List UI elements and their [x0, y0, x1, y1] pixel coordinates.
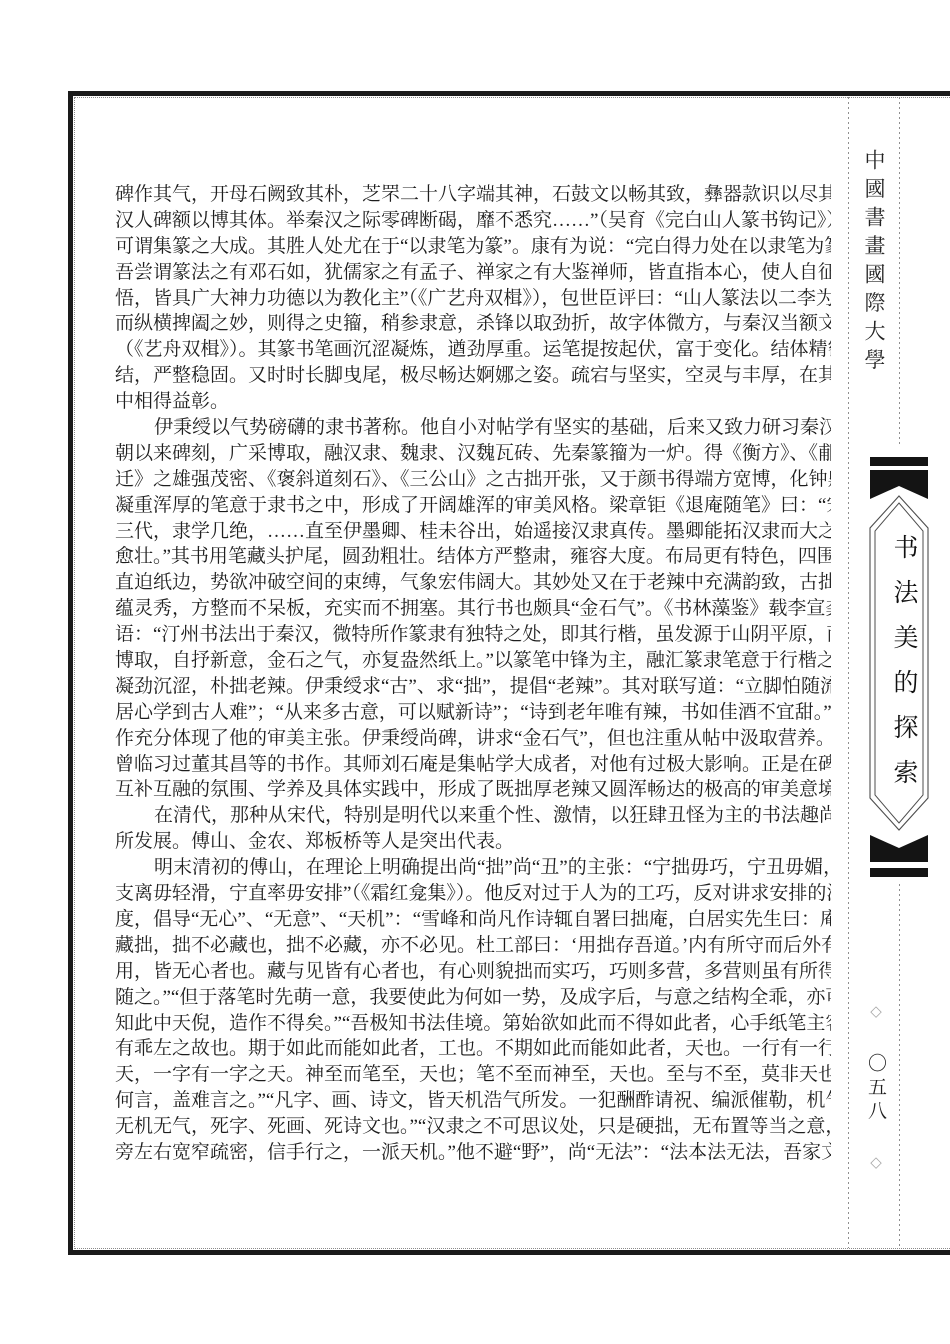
body-text-line: 迁》之雄强茂密、《褒斜道刻石》、《三公山》之古拙开张，又于颜书得端方宽博，化钟鼎… — [115, 467, 831, 493]
bottom-bar-icon — [870, 868, 928, 877]
body-text: 碑作其气，开母石阙致其朴，芝罘二十八字端其神，石鼓文以畅其致，彝器款识以尽其变，… — [115, 182, 831, 1166]
body-text-line: （《艺舟双楫》）。其篆书笔画沉涩凝炼，遒劲厚重。运笔提按起伏，富于变化。结体精密… — [115, 337, 831, 363]
diamond-ornament-icon: ◇ — [867, 1002, 883, 1025]
top-bar-icon — [870, 457, 928, 466]
body-text-line: 愈壮。”其书用笔藏头护尾，圆劲粗壮。结体方严整肃，雍容大度。布局更有特色，四围充… — [115, 544, 831, 570]
sidebar-divider-right-lower — [899, 884, 900, 1248]
body-text-line: 无机无气，死字、死画、死诗文也。”“汉隶之不可思议处，只是硬拙，无布置等当之意，… — [115, 1114, 831, 1140]
body-text-line: 藏拙，拙不必藏也，拙不必藏，亦不必见。杜工部曰：‘用拙存吾道。’内有所守而后外有… — [115, 933, 831, 959]
page-number-value: 〇五八 — [865, 1053, 886, 1125]
body-text-line: 朝以来碑刻，广采博取，融汉隶、魏隶、汉魏瓦砖、先秦篆籀为一炉。得《衡方》、《郙阁… — [115, 441, 831, 467]
body-text-line: 凝劲沉涩，朴拙老辣。伊秉绶求“古”、求“拙”，提倡“老辣”。其对联写道：“立脚怕… — [115, 674, 831, 700]
body-text-line: 悟，皆具广大神力功德以为教化主”（《广艺舟双楫》），包世臣评曰：“山人篆法以二李… — [115, 286, 831, 312]
body-text-line: 有乖左之故也。期于如此而能如此者，工也。不期如此而能如此者，天也。一行有一行之 — [115, 1036, 831, 1062]
ribbon-bottom-icon — [870, 835, 928, 862]
body-text-line: 蕴灵秀，方整而不呆板，充实而不拥塞。其行书也颇具“金石气”。《书林藻鉴》载李宣龚… — [115, 596, 831, 622]
body-text-line: 随之。”“但于落笔时先萌一意，我要使此为何如一势，及成字后，与意之结构全乖，亦可… — [115, 985, 831, 1011]
diamond-ornament-icon: ◇ — [867, 1153, 883, 1176]
body-text-line: 结，严整稳固。又时时长脚曳尾，极尽畅达婀娜之姿。疏宕与坚实，空灵与丰厚，在其书作 — [115, 363, 831, 389]
body-text-line: 博取，自抒新意，金石之气，亦复盎然纸上。”以篆笔中锋为主，融汇篆隶笔意于行楷之中… — [115, 648, 831, 674]
body-text-line: 三代，隶学几绝，……直至伊墨卿、桂未谷出，始遥接汉隶真传。墨卿能拓汉隶而大之，愈… — [115, 519, 831, 545]
body-text-line: 语：“汀州书法出于秦汉，微特所作篆隶有独特之处，即其行楷，虽发源于山阴平原，而兼… — [115, 622, 831, 648]
book-title: 书法美的探索 — [885, 534, 921, 804]
body-text-line: 凝重浑厚的笔意于隶书之中，形成了开阔雄浑的审美风格。梁章钜《退庵随笔》曰：“宋元… — [115, 493, 831, 519]
body-text-line: 直迫纸边，势欲冲破空间的束缚，气象宏伟阔大。其妙处又在于老辣中充满韵致，古拙中含 — [115, 570, 831, 596]
body-text-line: 碑作其气，开母石阙致其朴，芝罘二十八字端其神，石鼓文以畅其致，彝器款识以尽其变， — [115, 182, 831, 208]
body-text-line: 用，皆无心者也。藏与见皆有心者也，有心则貌拙而实巧，巧则多营，多营则虽有所得，而… — [115, 959, 831, 985]
body-text-line: 明末清初的傅山，在理论上明确提出尚“拙”尚“丑”的主张：“宁拙毋巧，宁丑毋媚，宁 — [115, 855, 831, 881]
body-text-line: 天，一字有一字之天。神至而笔至，天也；笔不至而神至，天也。至与不至，莫非天也，吾… — [115, 1062, 831, 1088]
sidebar-divider-left — [848, 97, 849, 1248]
body-text-line: 吾尝谓篆法之有邓石如，犹儒家之有孟子、禅家之有大鉴禅师，皆直指本心，使人自征自 — [115, 260, 831, 286]
body-text-line: 中相得益彰。 — [115, 389, 831, 415]
body-text-line: 互补互融的氛围、学养及具体实践中，形成了既拙厚老辣又圆浑畅达的极高的审美意境。 — [115, 777, 831, 803]
body-text-line: 居心学到古人难”；“从来多古意，可以赋新诗”；“诗到老年唯有辣，书如佳酒不宜甜。… — [115, 700, 831, 726]
body-text-line: 度，倡导“无心”、“无意”、“天机”：“雪峰和尚凡作诗辄自署曰拙庵，白居实先生曰… — [115, 907, 831, 933]
body-text-line: 何言，盖难言之。”“凡字、画、诗文，皆天机浩气所发。一犯酬酢请祝、编派催勒，机气… — [115, 1088, 831, 1114]
sidebar-divider-right-upper — [899, 97, 900, 447]
page-number: ◇ 〇五八 ◇ — [862, 1002, 889, 1176]
body-text-line: 伊秉绶以气势磅礴的隶书著称。他自小对帖学有坚实的基础，后来又致力研习秦汉六 — [115, 415, 831, 441]
body-text-line: 在清代，那种从宋代，特别是明代以来重个性、激情，以狂肆丑怪为主的书法趣尚也有 — [115, 803, 831, 829]
body-text-line: 可谓集篆之大成。其胜人处尤在于“以隶笔为篆”。康有为说：“完白得力处在以隶笔为篆… — [115, 234, 831, 260]
body-text-line: 所发展。傅山、金农、郑板桥等人是突出代表。 — [115, 829, 831, 855]
body-text-line: 汉人碑额以博其体。举秦汉之际零碑断碣，靡不悉究……”（吴育《完白山人篆书钩记》）… — [115, 208, 831, 234]
body-text-line: 而纵横捭阖之妙，则得之史籀，稍参隶意，杀锋以取劲折，故字体微方，与秦汉当额文为近… — [115, 311, 831, 337]
body-text-line: 旁左右宽窄疏密，信手行之，一派天机。”他不避“野”，尚“无法”：“法本法无法，吾… — [115, 1140, 831, 1166]
body-text-line: 作充分体现了他的审美主张。伊秉绶尚碑，讲求“金石气”，但也注重从帖中汲取营养。他 — [115, 726, 831, 752]
body-text-line: 知此中天倪，造作不得矣。”“吾极知书法佳境。第始欲如此而不得如此者，心手纸笔主客… — [115, 1011, 831, 1037]
body-text-line: 支离毋轻滑，宁直率毋安排”（《霜红龛集》）。他反对过于人为的工巧，反对讲求安排的… — [115, 881, 831, 907]
body-text-line: 曾临习过董其昌等的书作。其师刘石庵是集帖学大成者，对他有过极大影响。正是在碑帖 — [115, 752, 831, 778]
ribbon-top-icon — [870, 470, 928, 499]
publisher-vertical-title: 中國書畫國際大學 — [859, 149, 889, 377]
